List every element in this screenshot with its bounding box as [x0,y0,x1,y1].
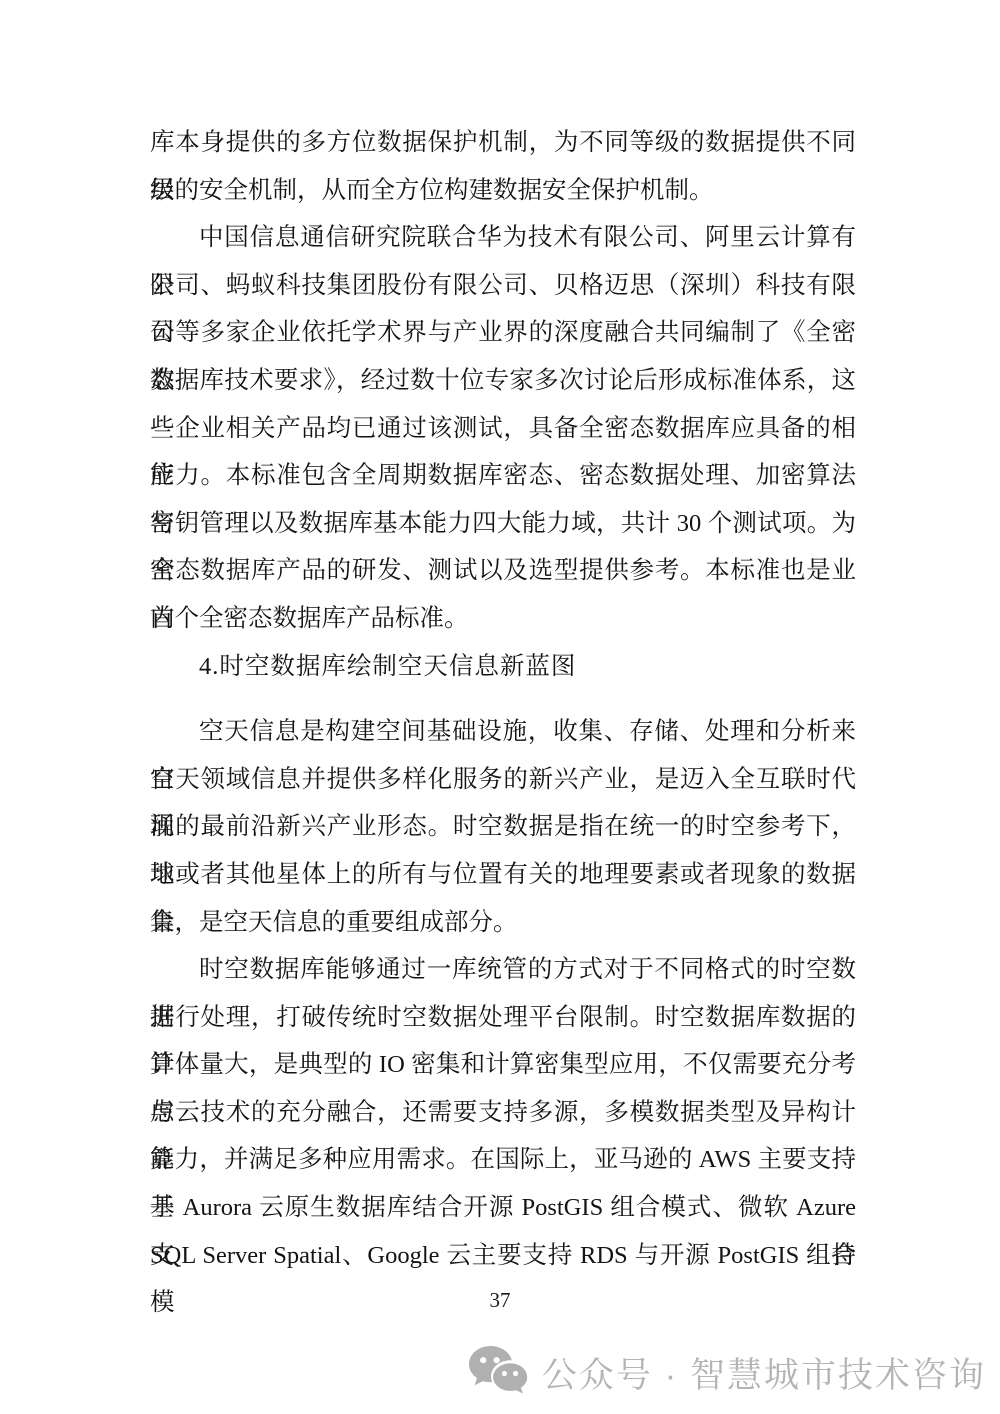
text-line: 公司、蚂蚁科技集团股份有限公司、贝格迈思（深圳）科技有限公 [150,262,856,310]
text-line: 进行处理，打破传统时空数据处理平台限制。时空数据库数据的计 [150,994,856,1042]
text-line: 密钥管理以及数据库基本能力四大能力域，共计 30 个测试项。为全 [150,500,856,548]
text-line: 算体量大，是典型的 IO 密集和计算密集型应用，不仅需要充分考虑 [150,1041,856,1089]
text-line: 密态数据库产品的研发、测试以及选型提供参考。本标准也是业内 [150,547,856,595]
text-line: 首个全密态数据库产品标准。 [150,595,856,643]
text-line: 能力。本标准包含全周期数据库密态、密态数据处理、加密算法与 [150,452,856,500]
text-line: 中国信息通信研究院联合华为技术有限公司、阿里云计算有限 [150,214,856,262]
text-line: 库本身提供的多方位数据保护机制，为不同等级的数据提供不同层 [150,119,856,167]
text-line: 能力，并满足多种应用需求。在国际上，亚马逊的 AWS 主要支持基 [150,1136,856,1184]
text-line: 司等多家企业依托学术界与产业界的深度融合共同编制了《全密态 [150,309,856,357]
watermark-text: 公众号 · 智慧城市技术咨询 [542,1348,986,1398]
text-line: 空天领域信息并提供多样化服务的新兴产业，是迈入全互联时代涌 [150,756,856,804]
text-line: 时空数据库能够通过一库统管的方式对于不同格式的时空数据 [150,946,856,994]
watermark: 公众号 · 智慧城市技术咨询 [466,1344,986,1402]
text-line: 空天信息是构建空间基础设施，收集、存储、处理和分析来自 [150,708,856,756]
text-line: 于 Aurora 云原生数据库结合开源 PostGIS 组合模式、微软 Azur… [150,1184,856,1232]
text-line: 合，是空天信息的重要组成部分。 [150,899,856,947]
text-line: 现的最前沿新兴产业形态。时空数据是指在统一的时空参考下，地 [150,803,856,851]
wechat-icon [466,1344,532,1402]
text-line: 级的安全机制，从而全方位构建数据安全保护机制。 [150,167,856,215]
text-line: 球或者其他星体上的所有与位置有关的地理要素或者现象的数据集 [150,851,856,899]
document-body: 库本身提供的多方位数据保护机制，为不同等级的数据提供不同层级的安全机制，从而全方… [150,119,856,1279]
text-line: SQL Server Spatial、Google 云主要支持 RDS 与开源 … [150,1232,856,1280]
text-line: 数据库技术要求》，经过数十位专家多次讨论后形成标准体系，这 [150,357,856,405]
document-page: 库本身提供的多方位数据保护机制，为不同等级的数据提供不同层级的安全机制，从而全方… [0,0,1000,1414]
page-number: 37 [0,1288,1000,1313]
text-line: 与云技术的充分融合，还需要支持多源，多模数据类型及异构计算 [150,1089,856,1137]
text-line: 些企业相关产品均已通过该测试，具备全密态数据库应具备的相应 [150,405,856,453]
section-heading: 4.时空数据库绘制空天信息新蓝图 [150,643,856,691]
